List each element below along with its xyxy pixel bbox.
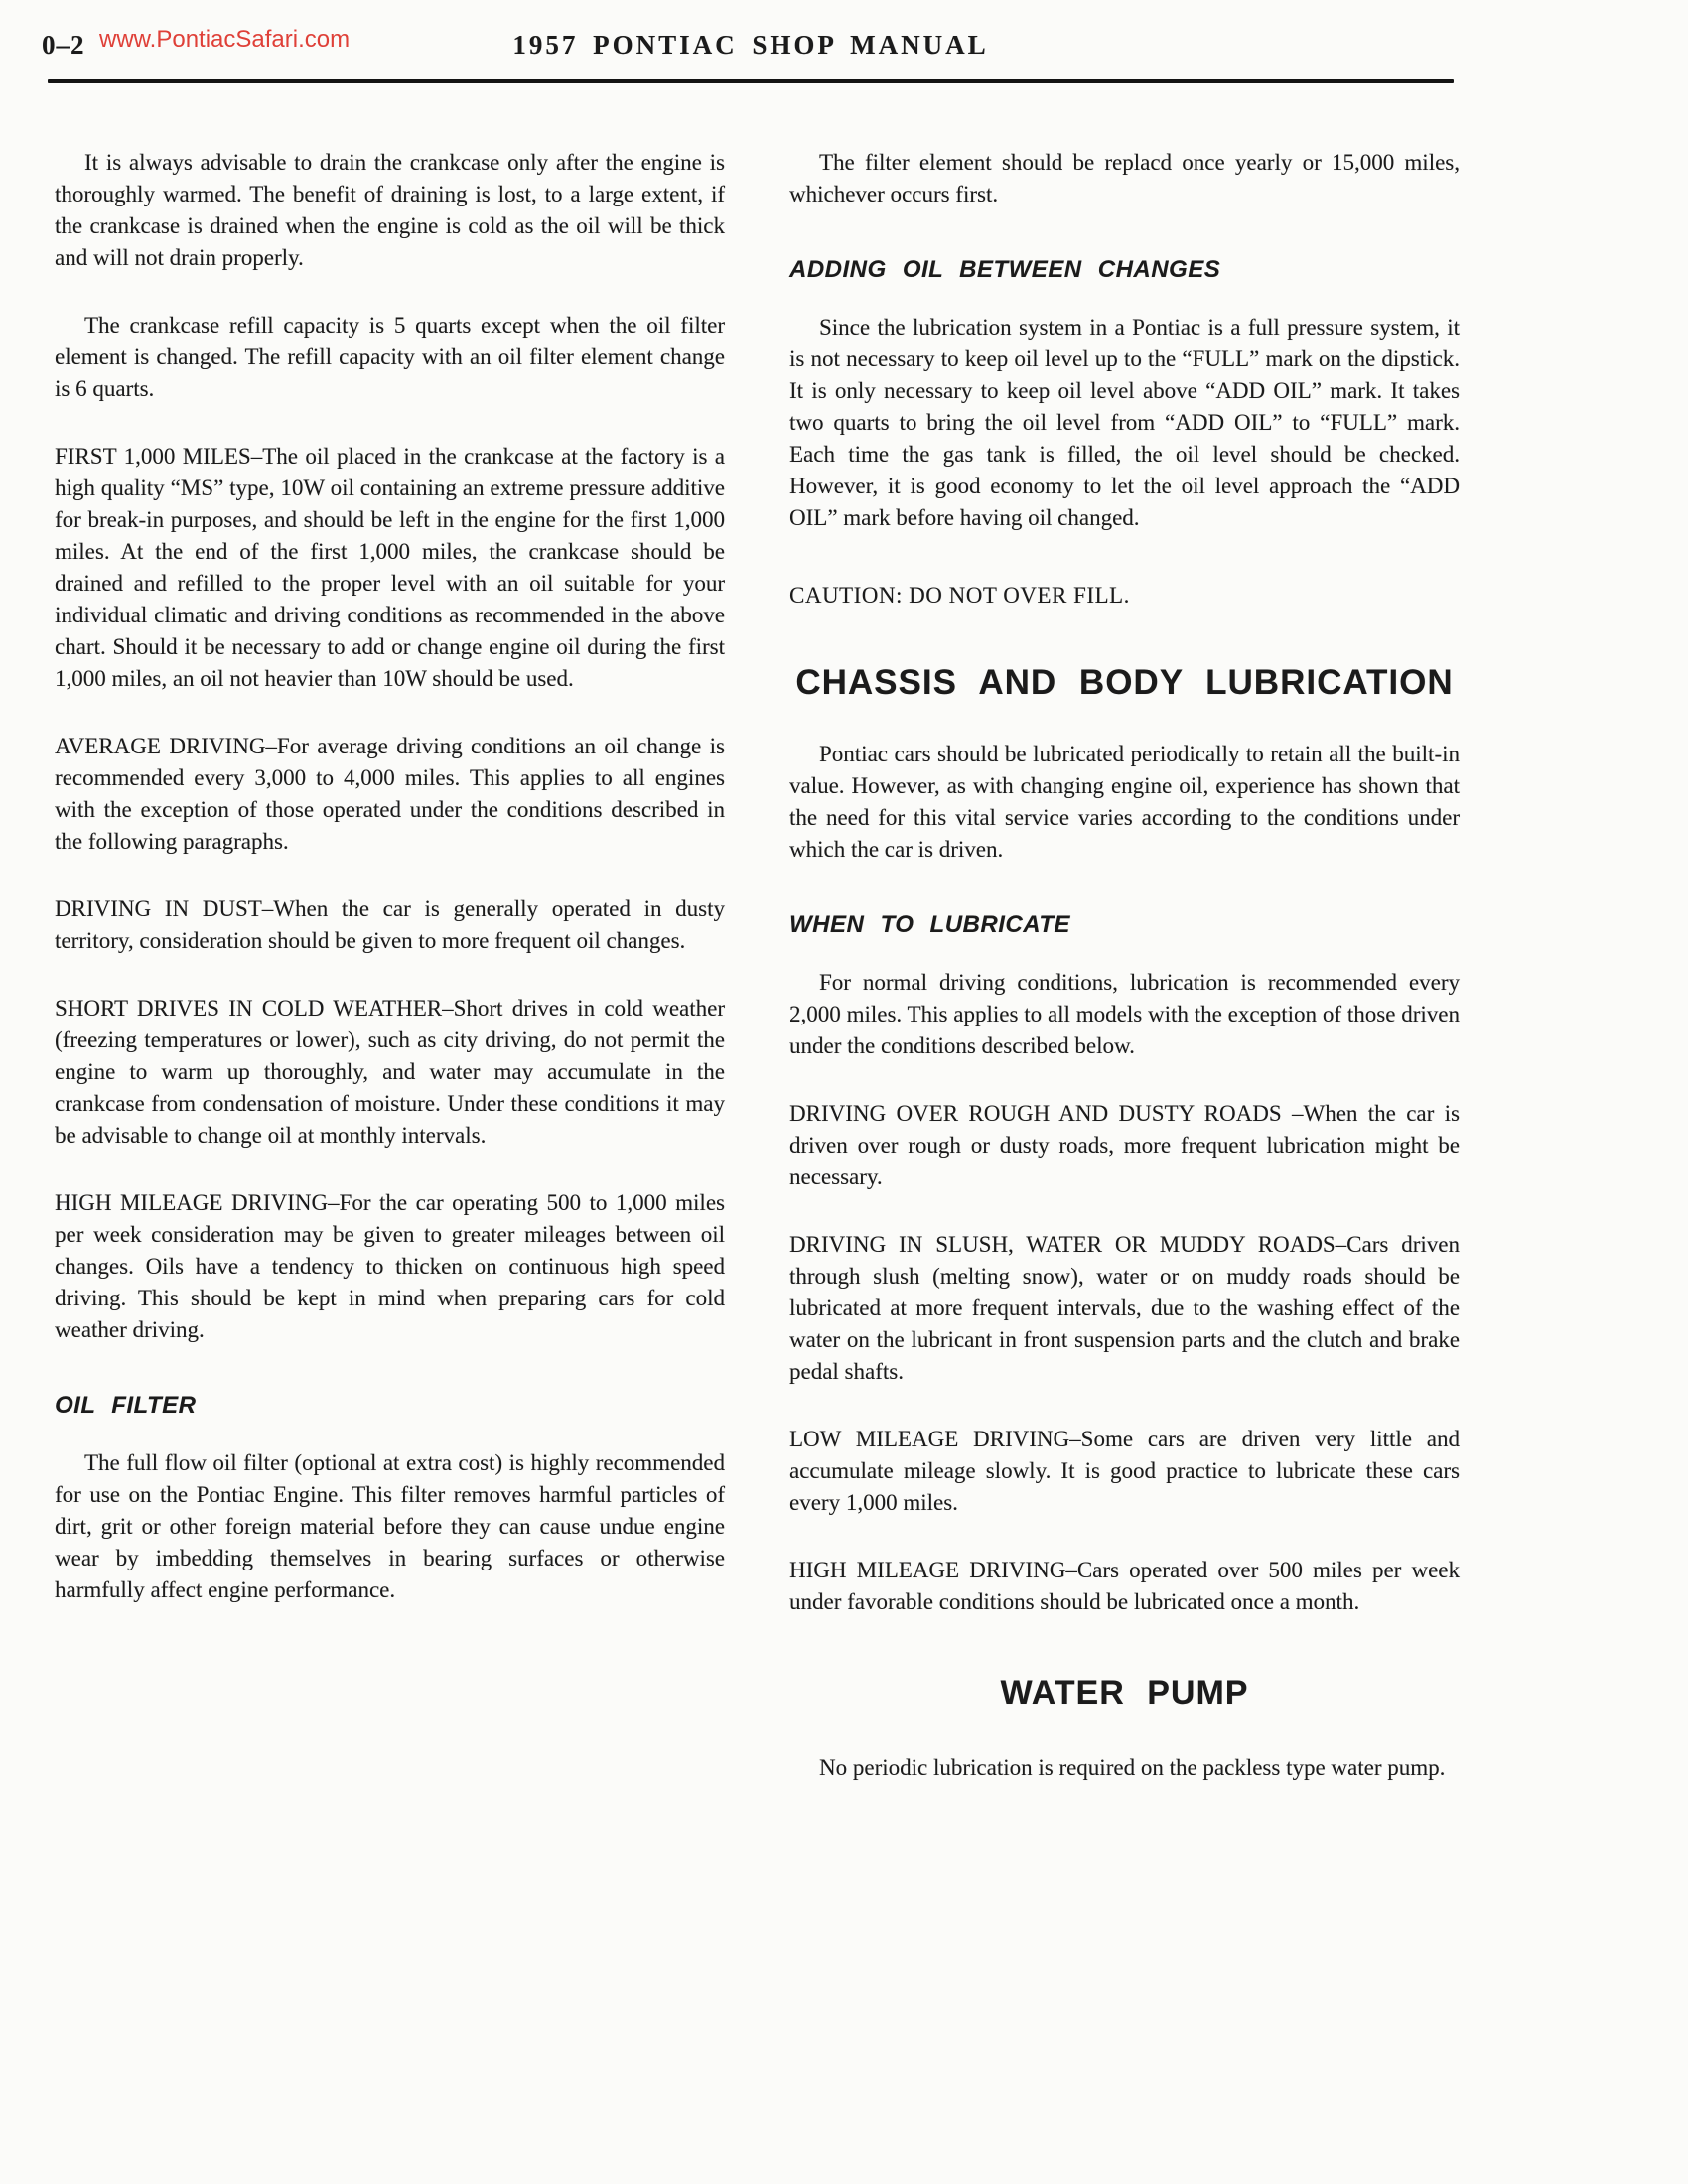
paragraph-high-mileage-lube: HIGH MILEAGE DRIVING–Cars operated over … [789, 1555, 1460, 1618]
paragraph-pressure-system: Since the lubrication system in a Pontia… [789, 312, 1460, 534]
right-column: The filter element should be replacd onc… [789, 121, 1460, 1820]
section-heading-water-pump: WATER PUMP [789, 1674, 1460, 1712]
paragraph-caution-overfill: CAUTION: DO NOT OVER FILL. [789, 580, 1460, 612]
paragraph-first-1000-miles: FIRST 1,000 MILES–The oil placed in the … [55, 441, 725, 695]
paragraph-normal-driving: For normal driving conditions, lubricati… [789, 967, 1460, 1062]
paragraph-water-pump: No periodic lubrication is required on t… [789, 1752, 1460, 1784]
page-header: 0–2 www.PontiacSafari.com 1957 PONTIAC S… [48, 22, 1454, 81]
section-heading-chassis-body-lubrication: CHASSIS AND BODY LUBRICATION [789, 663, 1460, 703]
page-number: 0–2 [42, 30, 85, 61]
paragraph-rough-dusty-roads: DRIVING OVER ROUGH AND DUSTY ROADS –When… [789, 1098, 1460, 1193]
paragraph-drain-crankcase: It is always advisable to drain the cran… [55, 147, 725, 274]
paragraph-slush-water-muddy: DRIVING IN SLUSH, WATER OR MUDDY ROADS–C… [789, 1229, 1460, 1388]
paragraph-short-drives-cold: SHORT DRIVES IN COLD WEATHER–Short drive… [55, 993, 725, 1152]
section-heading-oil-filter: OIL FILTER [55, 1392, 725, 1420]
left-column: It is always advisable to drain the cran… [55, 121, 725, 1642]
paragraph-full-flow-filter: The full flow oil filter (optional at ex… [55, 1447, 725, 1606]
paragraph-refill-capacity: The crankcase refill capacity is 5 quart… [55, 310, 725, 405]
manual-page: 0–2 www.PontiacSafari.com 1957 PONTIAC S… [0, 0, 1688, 2184]
section-heading-when-to-lubricate: WHEN TO LUBRICATE [789, 911, 1460, 939]
watermark-url: www.PontiacSafari.com [99, 26, 350, 54]
paragraph-high-mileage-oil: HIGH MILEAGE DRIVING–For the car operati… [55, 1187, 725, 1346]
paragraph-average-driving: AVERAGE DRIVING–For average driving cond… [55, 731, 725, 858]
page-content: It is always advisable to drain the cran… [55, 121, 1460, 1820]
paragraph-filter-element: The filter element should be replacd onc… [789, 147, 1460, 210]
paragraph-low-mileage: LOW MILEAGE DRIVING–Some cars are driven… [789, 1424, 1460, 1519]
section-heading-adding-oil: ADDING OIL BETWEEN CHANGES [789, 256, 1460, 284]
paragraph-driving-in-dust: DRIVING IN DUST–When the car is generall… [55, 893, 725, 957]
paragraph-lubricated-periodically: Pontiac cars should be lubricated period… [789, 739, 1460, 866]
header-rule [48, 79, 1454, 83]
